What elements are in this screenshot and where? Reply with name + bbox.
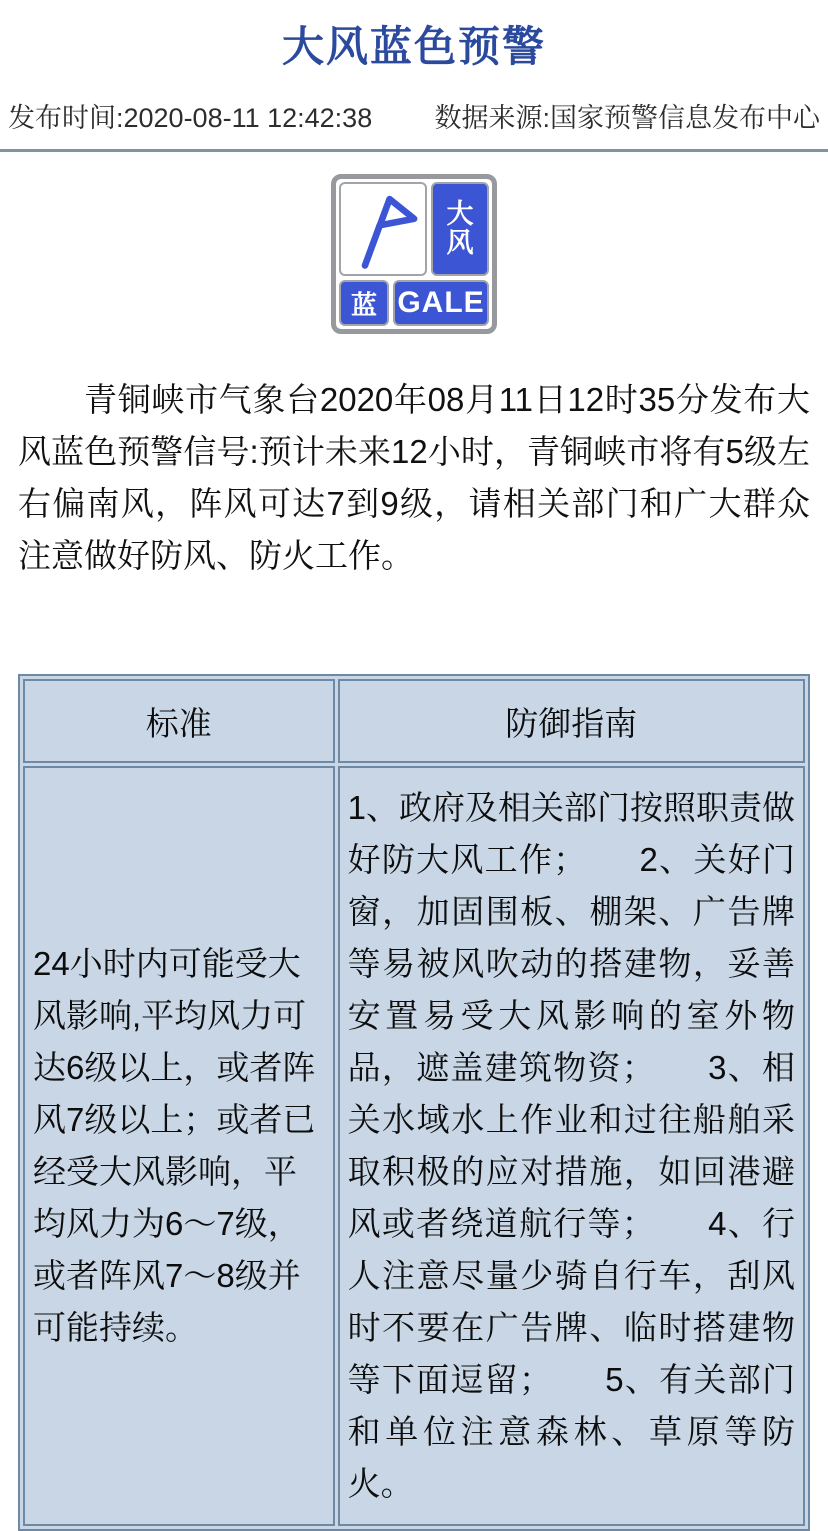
data-source-text: 数据来源:国家预警信息发布中心 bbox=[434, 96, 820, 135]
gale-blue-warning-badge: 大 风 蓝 GALE bbox=[331, 174, 497, 334]
warning-level-cell: 蓝 bbox=[339, 280, 389, 326]
warning-level-char: 蓝 bbox=[351, 285, 377, 322]
table-row: 24小时内可能受大风影响,平均风力可达6级以上，或者阵风7级以上；或者已经受大风… bbox=[23, 766, 805, 1526]
header-standard: 标准 bbox=[23, 679, 335, 763]
header-guide: 防御指南 bbox=[338, 679, 805, 763]
warning-type-cell: 大 风 bbox=[431, 182, 489, 276]
warning-type-char-bottom: 风 bbox=[446, 229, 473, 258]
warning-badge-wrap: 大 风 蓝 GALE bbox=[0, 174, 828, 334]
bulletin-paragraph: 青铜峡市气象台2020年08月11日12时35分发布大风蓝色预警信号:预计未来1… bbox=[18, 374, 810, 582]
header-divider bbox=[0, 149, 828, 152]
page-title: 大风蓝色预警 bbox=[0, 14, 828, 74]
badge-top-row: 大 风 bbox=[339, 182, 489, 276]
meta-row: 发布时间:2020-08-11 12:42:38 数据来源:国家预警信息发布中心 bbox=[0, 96, 828, 135]
table-header-row: 标准 防御指南 bbox=[23, 679, 805, 763]
pennant-flag-icon bbox=[342, 184, 424, 274]
pennant-flag-cell bbox=[339, 182, 427, 276]
standard-cell: 24小时内可能受大风影响,平均风力可达6级以上，或者阵风7级以上；或者已经受大风… bbox=[23, 766, 335, 1526]
warning-type-en-cell: GALE bbox=[393, 280, 489, 326]
warning-type-char-top: 大 bbox=[446, 200, 473, 229]
guide-cell: 1、政府及相关部门按照职责做好防大风工作； 2、关好门窗，加固围板、棚架、广告牌… bbox=[338, 766, 805, 1526]
publish-time-text: 发布时间:2020-08-11 12:42:38 bbox=[8, 96, 372, 135]
standards-guide-table: 标准 防御指南 24小时内可能受大风影响,平均风力可达6级以上，或者阵风7级以上… bbox=[18, 674, 810, 1531]
badge-bottom-row: 蓝 GALE bbox=[339, 280, 489, 326]
warning-type-en-label: GALE bbox=[397, 286, 484, 320]
